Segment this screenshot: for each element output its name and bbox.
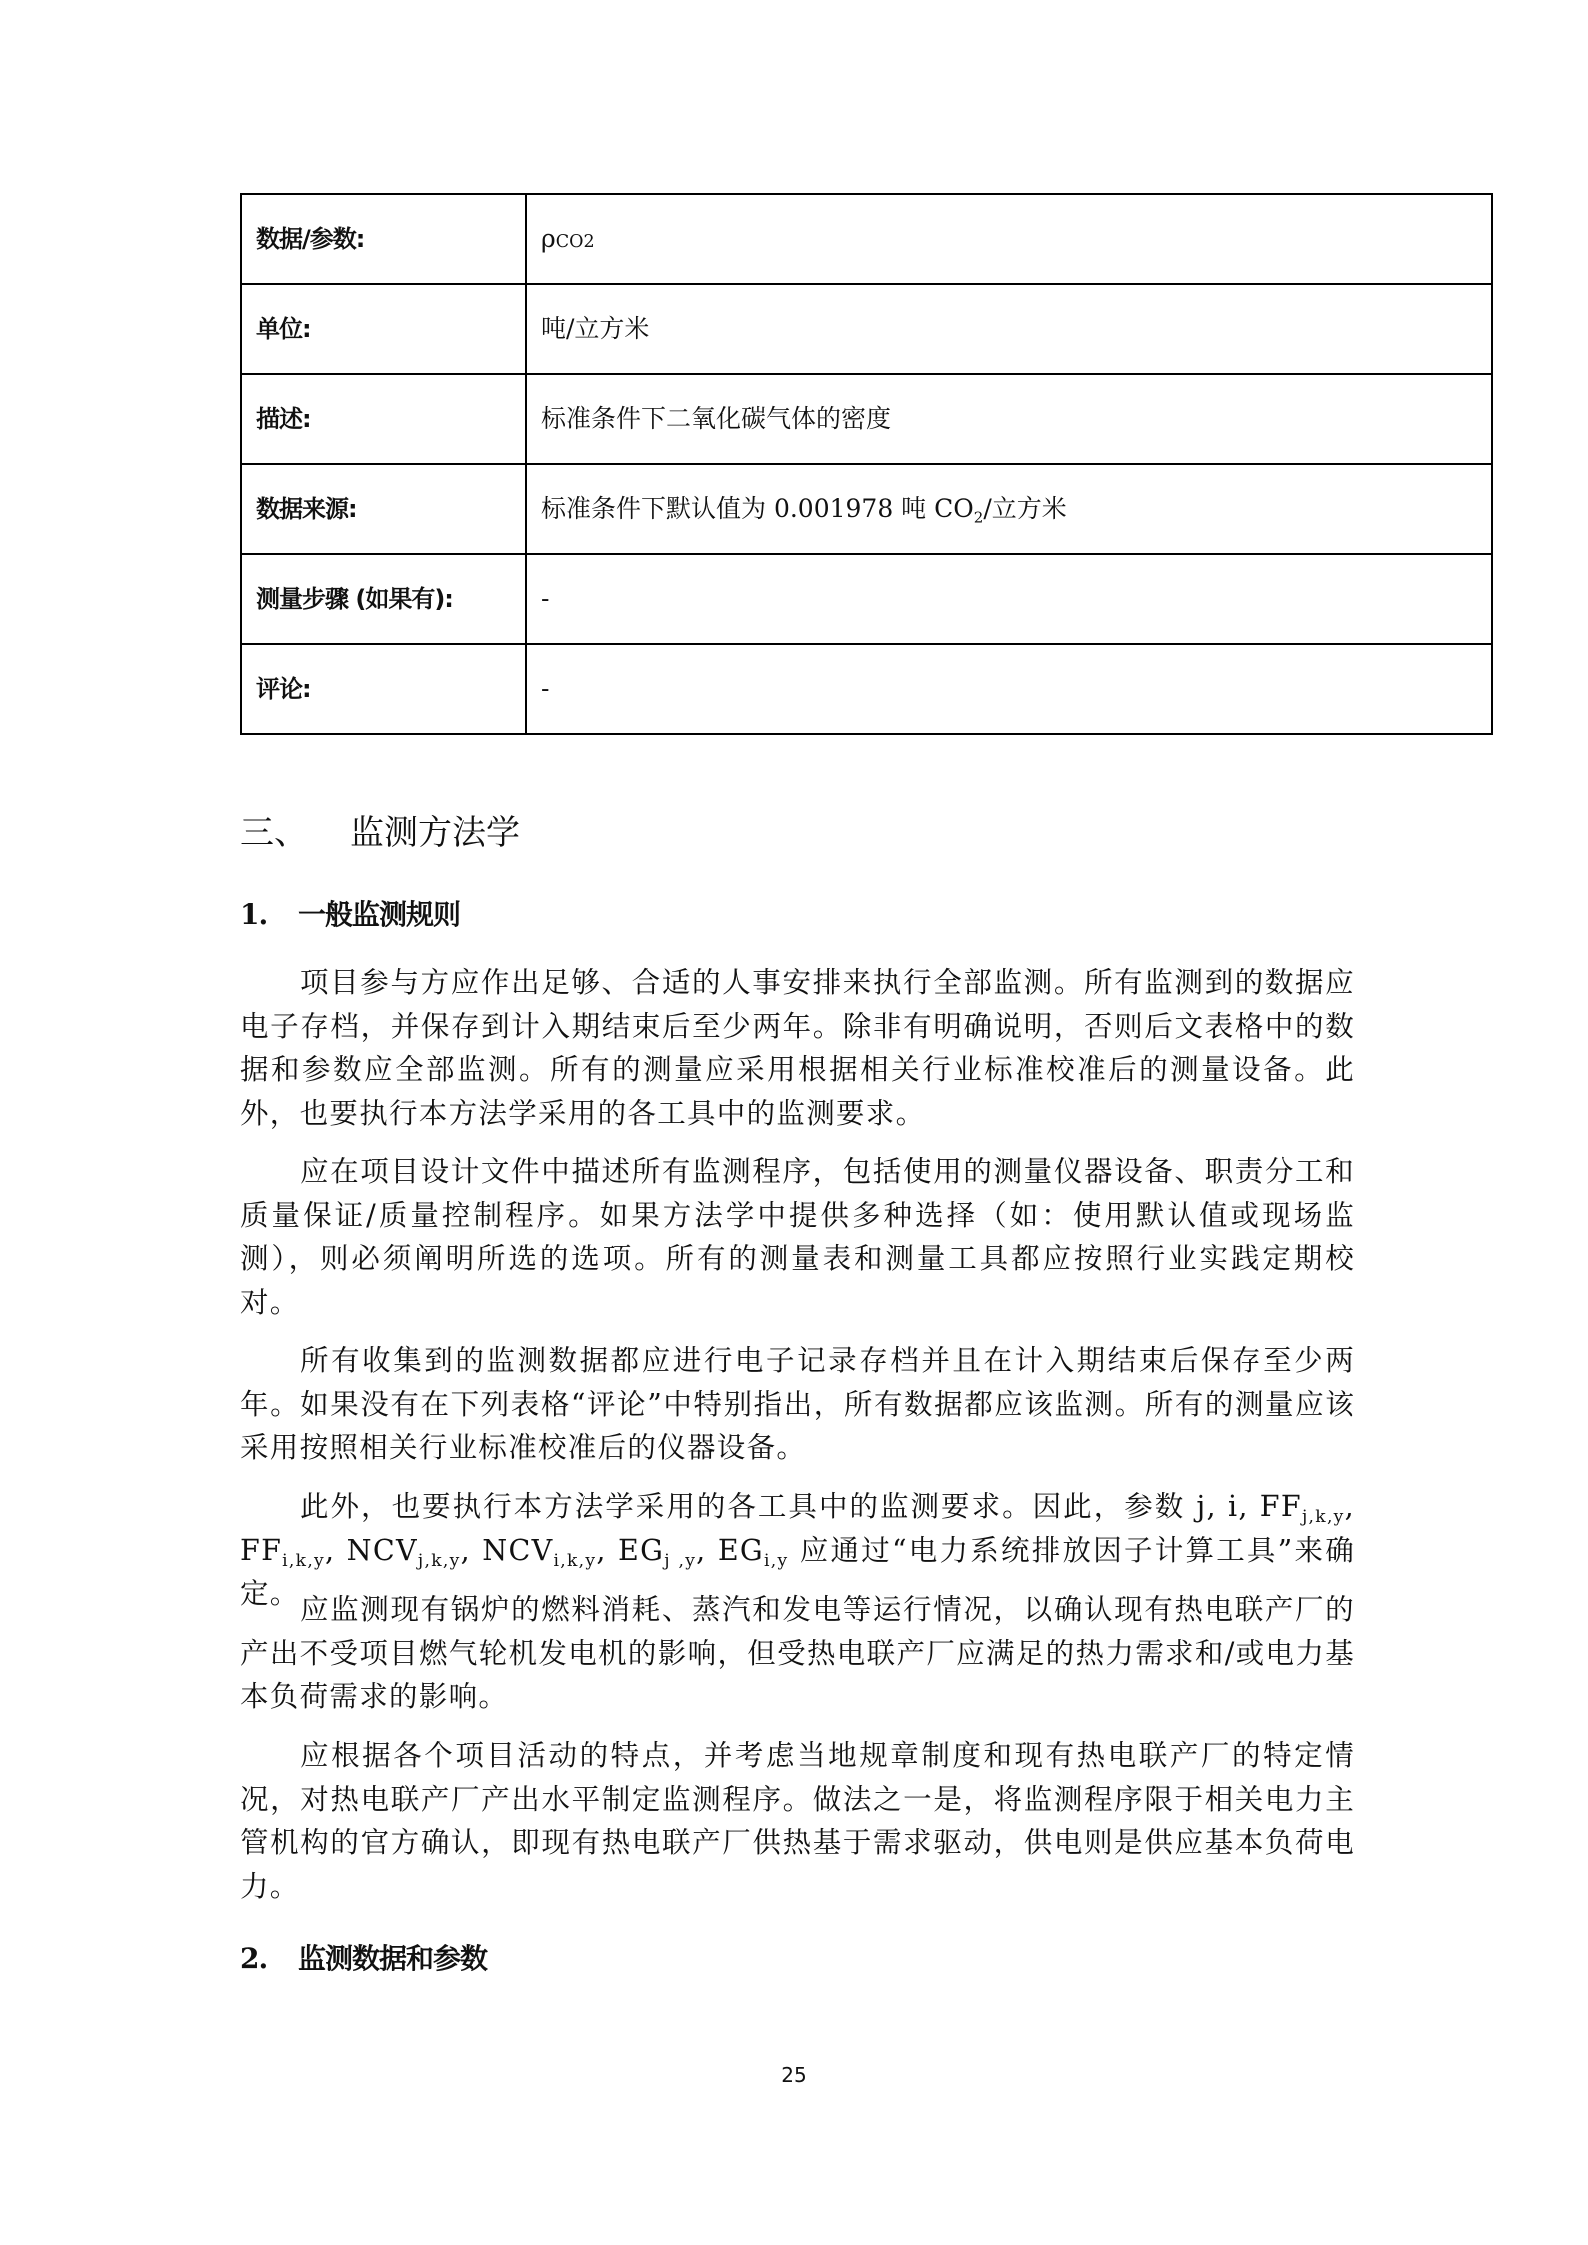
p4-text: , EG [596, 1534, 664, 1567]
subsection-title: 一般监测规则 [298, 898, 460, 931]
table-row-description: 描述: 标准条件下二氧化碳气体的密度 [241, 374, 1492, 464]
section-heading: 三、监测方法学 [240, 805, 520, 854]
page-number: 25 [0, 2063, 1588, 2087]
data-source-unit: /立方米 [983, 494, 1066, 523]
value-description: 标准条件下二氧化碳气体的密度 [526, 374, 1492, 464]
p4-text: 此外，也要执行本方法学采用的各工具中的监测要求。因此，参数 j, i, FF [300, 1490, 1302, 1523]
document-page: 数据/参数: ρCO2 单位: 吨/立方米 描述: 标准条件下二氧化碳气体的密度… [0, 0, 1588, 2245]
subscript: j,k,y [418, 1550, 461, 1570]
value-data-parameter: ρCO2 [526, 194, 1492, 284]
label-data-source: 数据来源: [241, 464, 526, 554]
table-row-comment: 评论: - [241, 644, 1492, 734]
value-comment: - [526, 644, 1492, 734]
co2-subscript: 2 [974, 508, 984, 526]
label-measurement-procedure: 测量步骤 (如果有): [241, 554, 526, 644]
subscript: i,y [764, 1550, 788, 1570]
subsection-number: 2. [240, 1942, 298, 1975]
rho-subscript: CO2 [556, 232, 595, 252]
value-unit: 吨/立方米 [526, 284, 1492, 374]
subsection-number: 1. [240, 898, 298, 931]
table-row-unit: 单位: 吨/立方米 [241, 284, 1492, 374]
parameter-table: 数据/参数: ρCO2 单位: 吨/立方米 描述: 标准条件下二氧化碳气体的密度… [240, 193, 1493, 735]
section-number: 三、 [240, 805, 350, 854]
table-row-data-source: 数据来源: 标准条件下默认值为 0.001978 吨 CO2/立方米 [241, 464, 1492, 554]
table-row-parameter: 数据/参数: ρCO2 [241, 194, 1492, 284]
paragraph-2: 应在项目设计文件中描述所有监测程序，包括使用的测量仪器设备、职责分工和质量保证/… [240, 1150, 1355, 1324]
label-description: 描述: [241, 374, 526, 464]
subsection-heading-1: 1.一般监测规则 [240, 893, 460, 933]
p4-text: , NCV [325, 1534, 418, 1567]
label-data-parameter: 数据/参数: [241, 194, 526, 284]
subscript: i,k,y [553, 1550, 596, 1570]
paragraph-3: 所有收集到的监测数据都应进行电子记录存档并且在计入期结束后保存至少两年。如果没有… [240, 1339, 1355, 1470]
value-measurement-procedure: - [526, 554, 1492, 644]
value-data-source: 标准条件下默认值为 0.001978 吨 CO2/立方米 [526, 464, 1492, 554]
subsection-heading-2: 2.监测数据和参数 [240, 1937, 487, 1977]
subscript: i,k,y [282, 1550, 325, 1570]
label-comment: 评论: [241, 644, 526, 734]
data-source-text: 标准条件下默认值为 0.001978 吨 CO [541, 494, 974, 523]
subscript: j,k,y [1302, 1507, 1345, 1527]
subscript: j ,y [664, 1550, 696, 1570]
paragraph-5: 应监测现有锅炉的燃料消耗、蒸汽和发电等运行情况，以确认现有热电联产厂的产出不受项… [240, 1588, 1355, 1719]
rho-symbol: ρ [541, 224, 556, 253]
paragraph-1: 项目参与方应作出足够、合适的人事安排来执行全部监测。所有监测到的数据应电子存档，… [240, 961, 1355, 1135]
section-title: 监测方法学 [350, 813, 520, 853]
label-unit: 单位: [241, 284, 526, 374]
p4-text: , EG [696, 1534, 764, 1567]
p4-text: , NCV [461, 1534, 554, 1567]
subsection-title: 监测数据和参数 [298, 1942, 487, 1975]
paragraph-6: 应根据各个项目活动的特点，并考虑当地规章制度和现有热电联产厂的特定情况，对热电联… [240, 1734, 1355, 1908]
table-row-measurement-procedure: 测量步骤 (如果有): - [241, 554, 1492, 644]
